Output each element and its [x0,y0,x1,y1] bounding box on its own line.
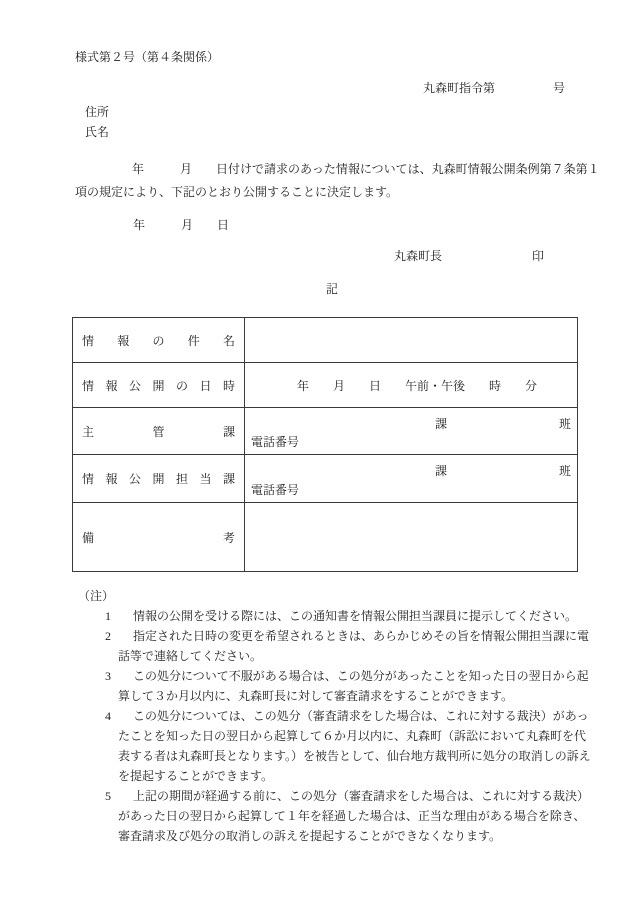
note-text: があった日の翌日から起算して１年を経過した場合は、正当な理由がある場合を除き、 [72,806,577,826]
table-row-disclosure-datetime: 情報公開の日時 年 月 日 午前・午後 時 分 [73,362,577,407]
remarks-value-cell [245,503,577,571]
row-label: 主管課 [82,423,235,440]
supervising-section-value-cell: 課 班 電話番号 [245,408,577,454]
note-text: たことを知った日の翌日から起算して６か月以内に、丸森町（訴訟において丸森町を代 [72,726,577,746]
note-item-1: 1情報の公開を受ける際には、この通知書を情報公開担当課員に提示してください。 [72,606,577,626]
table-row-supervising-section: 主管課 課 班 電話番号 [73,407,577,454]
row-label: 情報公開担当課 [82,470,235,487]
row-label-cell: 情報の件名 [73,318,245,362]
form-number: 様式第２号（第４条関係） [75,48,219,65]
unit-suffix: 班 [559,415,571,432]
row-label: 情報の件名 [82,332,235,349]
section-suffix: 課 [435,462,447,479]
note-number: 2 [105,626,133,646]
note-item-5: 5上記の期間が経過する前に、この処分（審査請求をした場合は、これに対する裁決） … [72,786,577,846]
note-number: 3 [105,666,133,686]
directive-number-line: 丸森町指令第号 [423,79,565,96]
table-row-info-title: 情報の件名 [73,318,577,362]
note-number: 5 [105,786,133,806]
row-label-cell: 備考 [73,503,245,571]
row-label-cell: 情報公開の日時 [73,363,245,407]
note-number: 4 [105,706,133,726]
signature-line: 丸森町長印 [394,247,544,264]
decision-table: 情報の件名 情報公開の日時 年 月 日 午前・午後 時 分 主管課 課 班 電話… [72,317,578,572]
datetime-value-cell: 年 月 日 午前・午後 時 分 [245,363,577,407]
note-text: 話等で連絡してください。 [72,646,577,666]
unit-suffix: 班 [559,462,571,479]
row-label: 備考 [82,529,235,546]
seal-label: 印 [532,249,544,263]
note-text: 表する者は丸森町長となります。）を被告として、仙台地方裁判所に処分の取消しの訴え [72,746,577,766]
body-paragraph-line2: 項の規定により、下記のとおり公開することに決定します。 [75,181,575,204]
document-page: 様式第２号（第４条関係） 丸森町指令第号 住所 氏名 年 月 日付けで請求のあっ… [0,0,630,903]
info-title-value-cell [245,318,577,362]
note-text: 算して３か月以内に、丸森町長に対して審査請求をすることができます。 [72,686,577,706]
row-label-cell: 情報公開担当課 [73,455,245,502]
directive-suffix: 号 [553,81,565,95]
note-text: この処分については、この処分（審査請求をした場合は、これに対する裁決）があっ [133,709,589,723]
body-paragraph-line1: 年 月 日付けで請求のあった情報については、丸森町情報公開条例第７条第１ [75,158,630,181]
note-text: 情報の公開を受ける際には、この通知書を情報公開担当課員に提示してください。 [133,609,577,623]
issue-date-line: 年 月 日 [133,216,229,233]
datetime-blank-template: 年 月 日 午前・午後 時 分 [297,377,537,394]
note-text: 上記の期間が経過する前に、この処分（審査請求をした場合は、これに対する裁決） [133,789,589,803]
directive-label: 丸森町指令第 [423,81,495,95]
notes-heading: （注） [78,586,577,606]
row-label-cell: 主管課 [73,408,245,454]
note-text: 審査請求及び処分の取消しの訴えを提起することができなくなります。 [72,826,577,846]
note-item-2: 2指定された日時の変更を希望されるときは、あらかじめその旨を情報公開担当課に電 … [72,626,577,666]
telephone-label: 電話番号 [251,433,299,450]
note-text: を提起することができます。 [72,766,577,786]
note-item-4: 4この処分については、この処分（審査請求をした場合は、これに対する裁決）があっ … [72,706,577,786]
disclosure-section-value-cell: 課 班 電話番号 [245,455,577,502]
notes-section: （注） 1情報の公開を受ける際には、この通知書を情報公開担当課員に提示してくださ… [72,586,577,846]
note-text: この処分について不服がある場合は、この処分があったことを知った日の翌日から起 [133,669,589,683]
table-row-remarks: 備考 [73,502,577,571]
note-item-3: 3この処分について不服がある場合は、この処分があったことを知った日の翌日から起 … [72,666,577,706]
record-marker: 記 [326,280,338,297]
table-row-disclosure-section: 情報公開担当課 課 班 電話番号 [73,454,577,502]
note-number: 1 [105,606,133,626]
section-suffix: 課 [435,415,447,432]
telephone-label: 電話番号 [251,481,299,498]
row-label: 情報公開の日時 [82,377,235,394]
note-text: 指定された日時の変更を希望されるときは、あらかじめその旨を情報公開担当課に電 [133,629,589,643]
address-label: 住所 [85,103,109,120]
name-label: 氏名 [85,123,109,140]
mayor-label: 丸森町長 [394,249,442,263]
